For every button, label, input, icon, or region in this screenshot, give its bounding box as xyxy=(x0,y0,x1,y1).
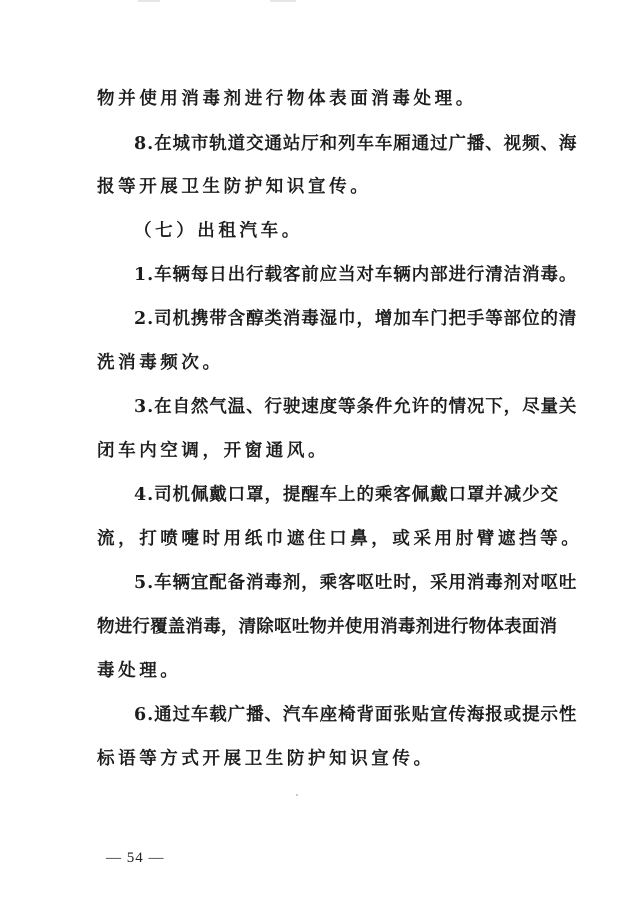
text-line: 6.通过车载广播、汽车座椅背面张贴宣传海报或提示性 xyxy=(134,701,577,726)
text-line: 标语等方式开展卫生防护知识宣传。 xyxy=(97,745,435,770)
text-line: 4.司机佩戴口罩，提醒车上的乘客佩戴口罩并减少交 xyxy=(134,481,559,506)
text-line: 1.车辆每日出行载客前应当对车辆内部进行清洁消毒。 xyxy=(134,261,577,286)
text-line: 物进行覆盖消毒，清除呕吐物并使用消毒剂进行物体表面消 xyxy=(97,613,557,638)
page-number: — 54 — xyxy=(106,850,165,867)
scan-edge-mark xyxy=(138,0,160,2)
text-line: 毒处理。 xyxy=(97,657,181,682)
text-line: 3.在自然气温、行驶速度等条件允许的情况下，尽量关 xyxy=(134,393,577,418)
scan-edge-mark xyxy=(270,0,296,2)
text-line: 5.车辆宜配备消毒剂，乘客呕吐时，采用消毒剂对呕吐 xyxy=(134,569,577,594)
text-line: 物并使用消毒剂进行物体表面消毒处理。 xyxy=(97,85,477,110)
text-line: 8.在城市轨道交通站厅和列车车厢通过广播、视频、海 xyxy=(134,130,577,155)
text-line: （七）出租汽车。 xyxy=(134,217,303,242)
text-line: 洗消毒频次。 xyxy=(97,349,224,374)
text-line: 报等开展卫生防护知识宣传。 xyxy=(97,173,371,198)
text-line: 2.司机携带含醇类消毒湿巾，增加车门把手等部位的清 xyxy=(134,305,577,330)
text-line: 流，打喷嚏时用纸巾遮住口鼻，或采用肘臂遮挡等。 xyxy=(97,525,582,550)
scan-speck xyxy=(296,794,298,796)
text-line: 闭车内空调，开窗通风。 xyxy=(97,437,329,462)
